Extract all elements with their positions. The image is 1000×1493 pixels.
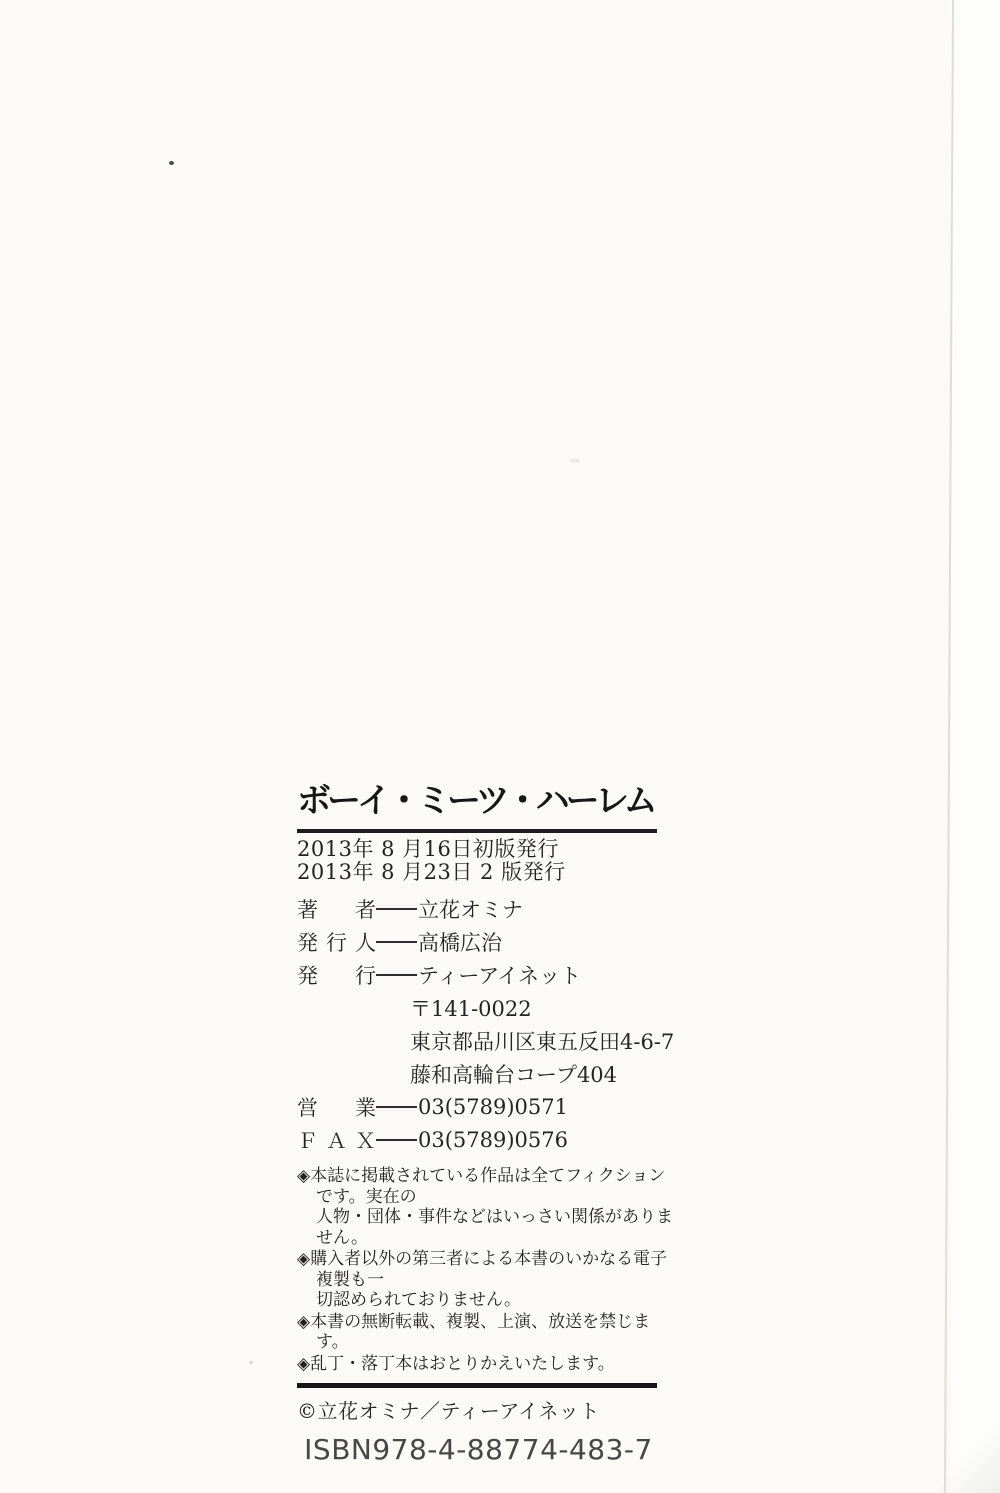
label-dash	[376, 974, 417, 976]
label-dash	[376, 1106, 417, 1108]
legal-notes: ◈本誌に掲載されている作品は全てフィクションです。実在の人物・団体・事件などはい…	[297, 1166, 674, 1374]
info-value: 東京都品川区東五反田4-6-7	[410, 1026, 674, 1056]
print-date-line: 2013年 8 月16日初版発行	[297, 838, 660, 861]
scanned-page: ボーイ・ミーツ・ハーレム 2013年 8 月16日初版発行2013年 8 月23…	[0, 0, 1000, 1493]
info-label: 著者	[297, 894, 376, 924]
info-label: ＦＡＸ	[297, 1125, 376, 1155]
print-dates: 2013年 8 月16日初版発行2013年 8 月23日 2 版発行	[297, 838, 660, 884]
page-corner-shadow	[940, 1423, 1000, 1493]
info-value: 〒141-0022	[410, 993, 532, 1023]
info-row: 発行ティーアイネット	[297, 958, 660, 991]
info-value: ティーアイネット	[418, 960, 581, 990]
info-row: 藤和高輪台コープ404	[297, 1057, 660, 1090]
info-row: 〒141-0022	[297, 991, 660, 1024]
label-dash	[376, 941, 417, 943]
print-date-line: 2013年 8 月23日 2 版発行	[297, 861, 660, 884]
isbn: ISBN978-4-88774-483-7	[297, 1433, 660, 1466]
legal-note: ◈本書の無断転載、複製、上演、放送を禁じます。	[297, 1312, 674, 1353]
info-value: 03(5789)0571	[418, 1095, 568, 1119]
scan-speck	[169, 161, 174, 165]
diamond-bullet-icon: ◈	[297, 1354, 310, 1374]
info-value: 高橋広治	[418, 927, 502, 957]
info-row: 発行人高橋広治	[297, 925, 660, 958]
info-row: 東京都品川区東五反田4-6-7	[297, 1024, 660, 1057]
publication-info: 著者立花オミナ発行人高橋広治発行ティーアイネット〒141-0022東京都品川区東…	[297, 892, 660, 1156]
info-row: 営業03(5789)0571	[297, 1090, 660, 1123]
label-dash	[376, 1139, 417, 1141]
info-label: 発行	[297, 960, 376, 990]
diamond-bullet-icon: ◈	[297, 1312, 310, 1332]
scan-speck	[249, 1361, 253, 1364]
title-divider	[297, 829, 657, 833]
diamond-bullet-icon: ◈	[297, 1249, 310, 1269]
info-row: 著者立花オミナ	[297, 892, 660, 925]
info-label: 発行人	[297, 927, 376, 957]
colophon-block: ボーイ・ミーツ・ハーレム 2013年 8 月16日初版発行2013年 8 月23…	[297, 779, 660, 1466]
legal-note: ◈本誌に掲載されている作品は全てフィクションです。実在の人物・団体・事件などはい…	[297, 1166, 674, 1248]
scan-margin-strip	[951, 0, 1000, 1493]
info-value: 立花オミナ	[418, 894, 523, 924]
diamond-bullet-icon: ◈	[297, 1166, 310, 1186]
info-value: 藤和高輪台コープ404	[410, 1059, 617, 1089]
legal-note: ◈購入者以外の第三者による本書のいかなる電子複製も一切認められておりません。	[297, 1249, 674, 1311]
info-value: 03(5789)0576	[418, 1128, 568, 1152]
legal-note: ◈乱丁・落丁本はおとりかえいたします。	[297, 1354, 674, 1375]
info-label: 営業	[297, 1092, 376, 1122]
info-row: ＦＡＸ03(5789)0576	[297, 1123, 660, 1156]
footer-divider	[297, 1383, 657, 1388]
scan-speck	[570, 458, 580, 463]
book-title: ボーイ・ミーツ・ハーレム	[297, 779, 660, 823]
copyright-line: ©立花オミナ／ティーアイネット	[297, 1395, 660, 1424]
label-dash	[376, 908, 417, 910]
